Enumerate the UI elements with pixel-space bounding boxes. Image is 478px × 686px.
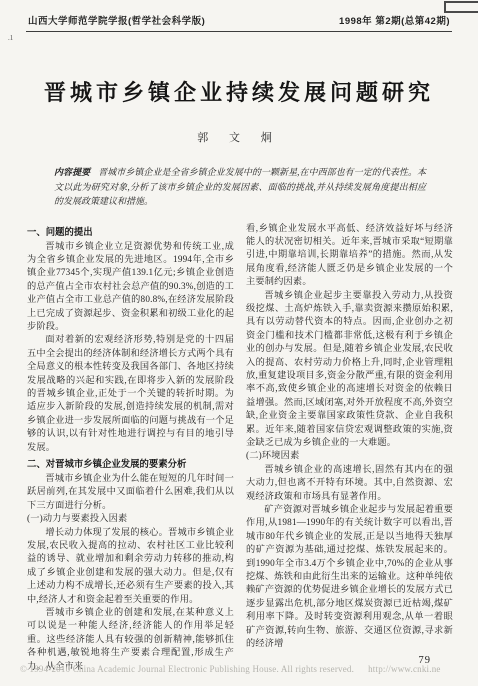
journal-page: 山西大学师范学院学报(哲学社会科学版) 1998年 第2期(总第42期) .1 … [0, 0, 478, 686]
page-header: 山西大学师范学院学报(哲学社会科学版) 1998年 第2期(总第42期) [0, 0, 478, 27]
abstract-text: 晋城市乡镇企业是全省乡镇企业发展中的一颗新星,在中西部也有一定的代表性。本文以此… [54, 167, 426, 206]
journal-name: 山西大学师范学院学报(哲学社会科学版) [28, 13, 205, 27]
issue-info: 1998年 第2期(总第42期) [339, 13, 450, 27]
paragraph: 晋城市乡镇企业立足资源优势和传统工业,成为全省乡镇企业发展的先进地区。1994年… [27, 240, 234, 334]
abstract-block: 内容提要晋城市乡镇企业是全省乡镇企业发展中的一颗新星,在中西部也有一定的代表性。… [54, 165, 426, 209]
paragraph: 晋城市乡镇企业为什么能在短短的几年时间一跃居前列,在其发展中又面临着什么困难,我… [27, 472, 234, 512]
article-title: 晋城市乡镇企业持续发展问题研究 [0, 76, 478, 107]
paragraph: 晋城乡镇企业起步主要靠投入劳动力,从投资级挖煤、土高炉炼铁入手,靠卖资源来攒原始… [246, 289, 453, 450]
paragraph: 矿产资源对晋城乡镇企业起步与发展起着重要作用,从1981—1990年的有关统计数… [246, 503, 453, 650]
left-column: 一、问题的提出 晋城市乡镇企业立足资源优势和传统工业,成为全省乡镇企业发展的先进… [27, 222, 234, 674]
right-column: 看,乡镇企业发展水平高低、经济效益好坏与经济能人的状况密切相关。近年来,晋城市采… [246, 222, 453, 674]
paragraph: 面对着新的宏观经济形势,特别是党的十四届五中全会提出的经济体制和经济增长方式两个… [27, 333, 234, 454]
paragraph: 晋城乡镇企业的高速增长,固然有其内在的强大动力,但也离不开特有环境。其中,自然资… [246, 463, 453, 503]
paragraph-continuation: 看,乡镇企业发展水平高低、经济效益好坏与经济能人的状况密切相关。近年来,晋城市采… [246, 222, 453, 289]
paragraph: 增长动力体现了发展的核心。晋城市乡镇企业发展,农民收入提高的拉动、农村社区工业比… [27, 526, 234, 606]
section-2-heading: 二、对晋城市乡镇企业发展的要素分析 [27, 456, 234, 470]
article-body: 一、问题的提出 晋城市乡镇企业立足资源优势和传统工业,成为全省乡镇企业发展的先进… [0, 209, 478, 674]
abstract-label: 内容提要 [54, 167, 90, 177]
scan-corner-frame-mark [444, 1, 478, 13]
copyright-text: © 1994-2010 China Academic Journal Elect… [20, 664, 354, 674]
subsection-2-heading: (二)环境因素 [246, 449, 453, 462]
publisher-url: http://www.cnki.ne [368, 664, 441, 674]
scan-stray-mark: .1 [8, 34, 13, 42]
subsection-1-heading: (一)动力与要素投入因素 [27, 512, 234, 525]
watermark-footer: © 1994-2010 China Academic Journal Elect… [20, 664, 478, 674]
author-name: 郭 文 炯 [0, 129, 478, 145]
section-1-heading: 一、问题的提出 [27, 224, 234, 238]
header-divider [26, 31, 452, 32]
